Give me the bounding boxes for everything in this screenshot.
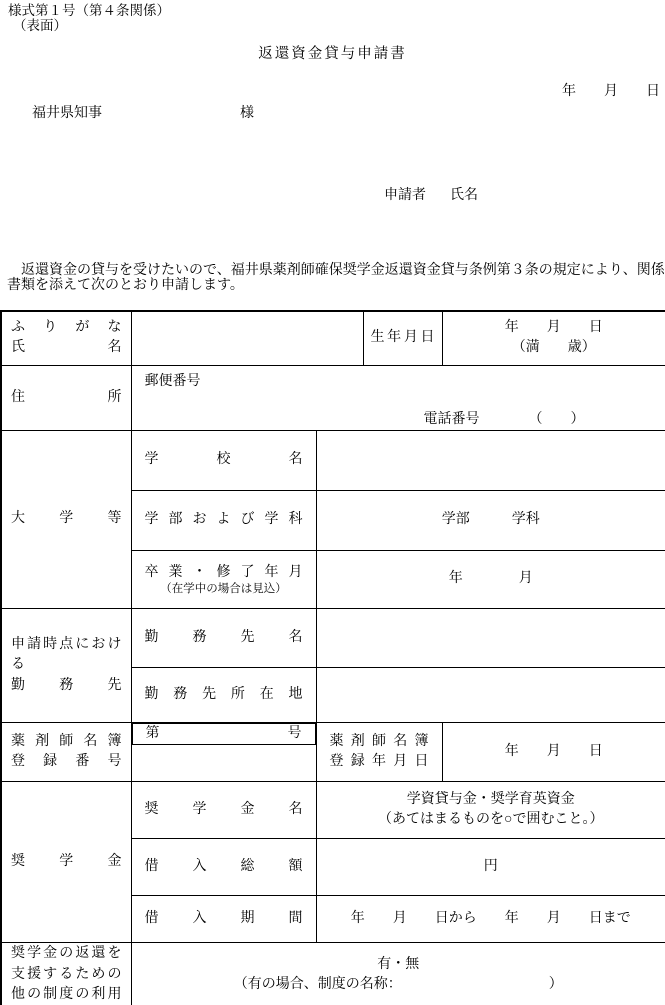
scholarship-name-header: 奨学金名: [131, 782, 316, 839]
university-label: 大学等: [11, 509, 122, 529]
other-support-header: 奨学金の返還を 支援するための 他の制度の利用: [1, 943, 131, 1005]
workplace-address-entry-cell[interactable]: [316, 668, 665, 723]
postal-code-label: 郵便番号: [132, 366, 665, 392]
form-number-label: 様式第１号（第４条関係）: [8, 3, 170, 19]
application-table: ふりがな 氏名 生年月日 年 月 日 （満 歳） 住所 郵便番号 電話番号 （ …: [0, 310, 665, 1005]
address-header: 住所: [1, 365, 131, 431]
scholarship-name-options: 学資貸与金・奨学育英資金: [317, 790, 665, 810]
school-name-label: 学校名: [145, 450, 303, 470]
faculty-label: 学部および学科: [145, 510, 303, 530]
name-entry-cell[interactable]: [131, 311, 363, 365]
registry-number-prefix: 第: [146, 724, 160, 744]
scholarship-name-entry-cell[interactable]: 学資貸与金・奨学育英資金 （あてはまるものを○で囲むこと。）: [316, 782, 665, 839]
loan-amount-header: 借入総額: [131, 839, 316, 896]
workplace-name-label: 勤務先名: [145, 628, 303, 648]
workplace-address-header: 勤務先所在地: [131, 668, 316, 723]
workplace-address-label: 勤務先所在地: [145, 685, 303, 705]
kana-label: ふりがな: [11, 318, 122, 338]
birth-date-header: 生年月日: [363, 311, 442, 365]
school-name-header: 学校名: [131, 431, 316, 491]
address-entry-cell[interactable]: 郵便番号 電話番号 （ ）: [131, 365, 665, 431]
workplace-name-entry-cell[interactable]: [316, 609, 665, 668]
other-support-note: （有の場合、制度の名称： ）: [132, 975, 665, 995]
birth-date-label: 生年月日: [371, 328, 435, 348]
name-header: ふりがな 氏名: [1, 311, 131, 365]
loan-amount-entry-cell[interactable]: 円: [316, 839, 665, 896]
other-support-label-line2: 支援するための: [11, 965, 122, 985]
graduation-template: 年 月: [317, 569, 665, 589]
other-support-label-line1: 奨学金の返還を: [11, 944, 122, 964]
loan-amount-unit: 円: [317, 857, 665, 877]
registry-number-suffix: 号: [288, 724, 302, 744]
graduation-header: 卒業・修了年月 （在学中の場合は見込）: [131, 551, 316, 609]
scholarship-name-label: 奨学金名: [145, 800, 303, 820]
other-support-label-line3: 他の制度の利用: [11, 985, 122, 1005]
graduation-label: 卒業・修了年月: [145, 563, 303, 583]
other-support-entry-cell[interactable]: 有・無 （有の場合、制度の名称： ）: [131, 943, 665, 1005]
registry-date-label-line1: 薬剤師名簿: [330, 732, 429, 752]
registry-label-line1: 薬剤師名簿: [11, 732, 122, 752]
graduation-entry-cell[interactable]: 年 月: [316, 551, 665, 609]
loan-period-header: 借入期間: [131, 896, 316, 943]
other-support-choice: 有・無: [132, 955, 665, 975]
faculty-header: 学部および学科: [131, 491, 316, 551]
page-side-label: （表面）: [13, 18, 67, 34]
phone-number-label: 電話番号 （ ）: [132, 392, 665, 430]
registry-number-header: 薬剤師名簿 登録番号: [1, 723, 131, 782]
form-title: 返還資金貸与申請書: [0, 46, 665, 63]
registry-date-entry-cell[interactable]: 年 月 日: [442, 723, 665, 782]
workplace-label-line1: 申請時点における: [11, 635, 122, 676]
workplace-header: 申請時点における 勤務先: [1, 609, 131, 723]
faculty-template: 学部 学科: [317, 510, 665, 530]
applicant-name-field[interactable]: 氏名: [450, 188, 478, 205]
birth-date-entry-cell[interactable]: 年 月 日 （満 歳）: [442, 311, 665, 365]
age-template: （満 歳）: [443, 338, 665, 358]
birth-date-template: 年 月 日: [443, 318, 665, 338]
registry-date-template: 年 月 日: [443, 742, 665, 762]
scholarship-label: 奨学金: [11, 852, 122, 872]
school-name-entry-cell[interactable]: [316, 431, 665, 491]
application-form-page: 様式第１号（第４条関係） （表面） 返還資金貸与申請書 年 月 日 福井県知事 …: [0, 0, 665, 1005]
applicant-label: 申請者: [384, 188, 426, 205]
loan-period-entry-cell[interactable]: 年 月 日から 年 月 日まで: [316, 896, 665, 943]
scholarship-name-note: （あてはまるものを○で囲むこと。）: [317, 810, 665, 830]
workplace-label-line2: 勤務先: [11, 676, 122, 696]
registry-label-line2: 登録番号: [11, 752, 122, 772]
loan-period-label: 借入期間: [145, 909, 303, 929]
date-entry-field[interactable]: 年 月 日: [562, 84, 660, 101]
scholarship-header: 奨学金: [1, 782, 131, 943]
registry-date-label-line2: 登録年月日: [330, 752, 429, 772]
faculty-entry-cell[interactable]: 学部 学科: [316, 491, 665, 551]
workplace-name-header: 勤務先名: [131, 609, 316, 668]
name-label: 氏名: [11, 338, 122, 358]
addressee-label: 福井県知事: [32, 106, 102, 123]
address-label: 住所: [11, 388, 122, 408]
honorific-label: 様: [240, 106, 254, 123]
graduation-note: （在学中の場合は見込）: [145, 583, 303, 597]
university-header: 大学等: [1, 431, 131, 609]
intro-text-line2: 書類を添えて次のとおり申請します。: [7, 278, 665, 295]
registry-date-header: 薬剤師名簿 登録年月日: [316, 723, 442, 782]
registry-number-entry-cell[interactable]: 第 号: [132, 723, 316, 745]
loan-amount-label: 借入総額: [145, 857, 303, 877]
loan-period-template: 年 月 日から 年 月 日まで: [317, 909, 665, 929]
